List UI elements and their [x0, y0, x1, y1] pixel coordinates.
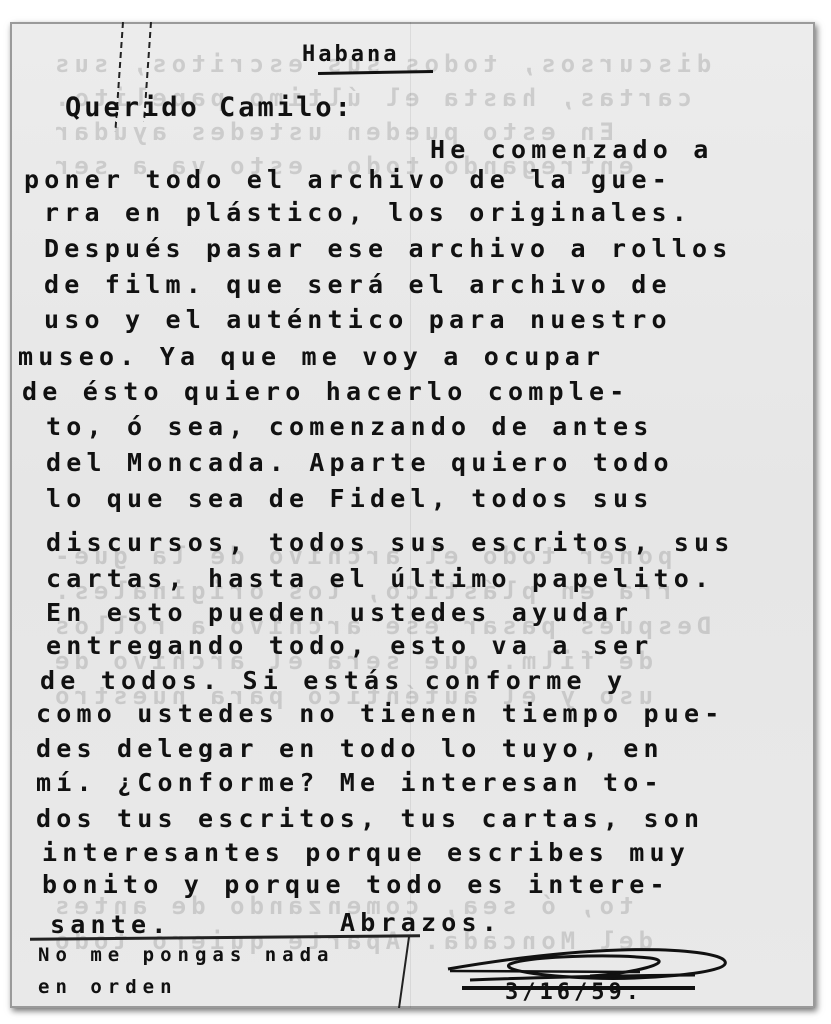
- letter-line: de film. que será el archivo de: [44, 272, 672, 297]
- postscript-line: en orden: [38, 978, 178, 997]
- letter-line: discursos, todos sus escritos, sus: [46, 530, 735, 555]
- postscript-line: No me pongas nada: [38, 946, 334, 965]
- letter-line: He comenzado a: [430, 137, 714, 162]
- letter-line: lo que sea de Fidel, todos sus: [46, 486, 654, 511]
- letter-line: des delegar en todo lo tuyo, en: [36, 736, 664, 761]
- letter-line: cartas, hasta el último papelito.: [46, 566, 714, 591]
- letter-salutation: Querido Camilo:: [65, 94, 354, 121]
- letter-line: uso y el auténtico para nuestro: [44, 307, 672, 332]
- letter-line: En esto pueden ustedes ayudar: [46, 600, 633, 625]
- letter-page: discursos, todos sus escritos, sus carta…: [10, 22, 815, 1008]
- letter-line: de todos. Si estás conforme y: [40, 668, 627, 693]
- letter-line: de ésto quiero hacerlo comple-: [22, 379, 630, 404]
- letter-line: como ustedes no tienen tiempo pue-: [36, 701, 725, 726]
- letter-line: museo. Ya que me voy a ocupar: [18, 344, 605, 369]
- letter-line: entregando todo, esto va a ser: [46, 633, 654, 658]
- letter-line: mí. ¿Conforme? Me interesan to-: [36, 770, 664, 795]
- letter-line: to, ó sea, comenzando de antes: [46, 414, 654, 439]
- letter-line: dos tus escritos, tus cartas, son: [36, 806, 704, 831]
- letter-closing: Abrazos.: [340, 910, 502, 935]
- letter-place: Habana: [302, 44, 399, 66]
- letter-line: interesantes porque escribes muy: [42, 840, 690, 865]
- letter-line: poner todo el archivo de la gue-: [24, 167, 672, 192]
- letter-line: Después pasar ese archivo a rollos: [44, 236, 733, 261]
- letter-date: 3/16/59.: [505, 982, 643, 1004]
- letter-line: sante.: [50, 912, 172, 937]
- letter-line: rra en plástico, los originales.: [44, 200, 692, 225]
- letter-line: del Moncada. Aparte quiero todo: [46, 450, 674, 475]
- letter-line: bonito y porque todo es intere-: [42, 872, 670, 897]
